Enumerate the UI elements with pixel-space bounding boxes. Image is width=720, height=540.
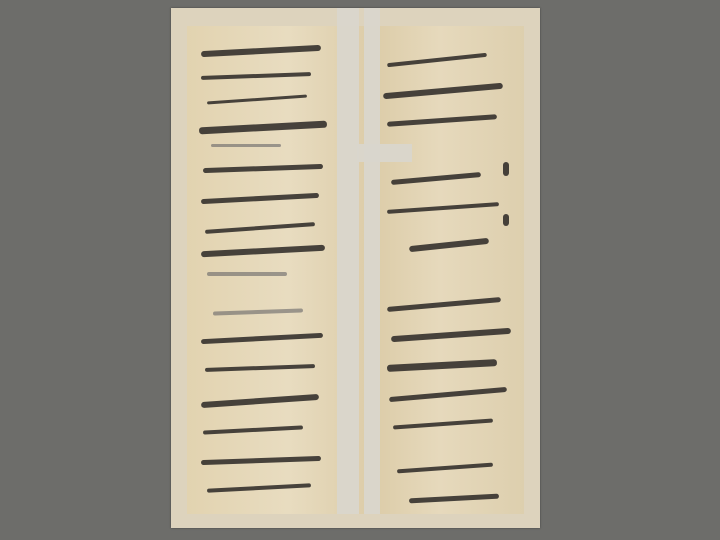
ink-mark — [503, 162, 509, 176]
ink-stroke — [387, 359, 497, 372]
ink-stroke — [409, 238, 489, 252]
ink-stroke — [201, 45, 321, 57]
ink-stroke — [201, 394, 319, 408]
ink-stroke — [391, 328, 511, 342]
ink-stroke — [211, 144, 281, 147]
ink-stroke — [387, 202, 499, 214]
ink-stroke — [207, 272, 287, 276]
repair-strip-right — [364, 8, 380, 514]
ink-stroke — [201, 245, 325, 257]
ink-stroke — [393, 419, 493, 430]
ink-stroke — [387, 114, 497, 127]
ink-stroke — [213, 308, 303, 315]
ink-stroke — [205, 364, 315, 372]
ink-stroke — [201, 193, 319, 204]
ink-stroke — [203, 425, 303, 434]
repair-strip-cross — [357, 144, 412, 162]
ink-stroke — [383, 83, 503, 99]
ink-stroke — [389, 387, 507, 402]
ink-stroke — [203, 164, 323, 173]
ink-stroke — [391, 172, 481, 185]
paper-inner — [187, 26, 524, 514]
ink-stroke — [207, 95, 307, 105]
ink-mark — [503, 214, 509, 226]
ink-stroke — [201, 456, 321, 465]
ink-stroke — [387, 53, 487, 67]
ink-stroke — [201, 333, 323, 344]
manuscript-page — [171, 8, 540, 528]
ink-stroke — [205, 222, 315, 234]
ink-stroke — [397, 463, 493, 474]
ink-stroke — [409, 494, 499, 504]
ink-stroke — [207, 483, 311, 492]
ink-stroke — [201, 72, 311, 80]
repair-strip-left — [337, 8, 359, 514]
ink-stroke — [199, 121, 327, 135]
ink-stroke — [387, 297, 501, 312]
